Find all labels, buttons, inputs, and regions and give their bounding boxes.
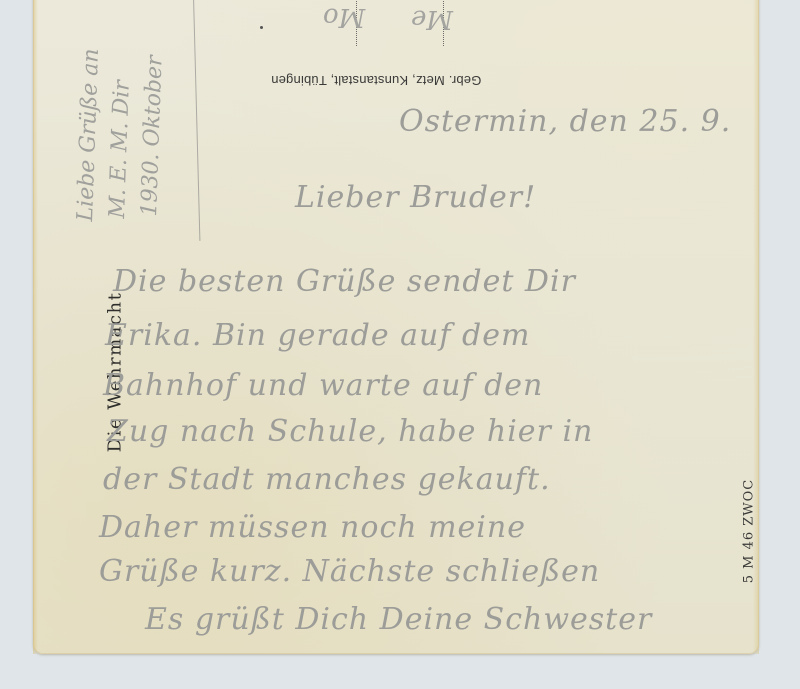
letter-body-line: Es grüßt Dich Deine Schwester <box>145 602 652 637</box>
letter-body-line: Die besten Grüße sendet Dir <box>113 264 576 299</box>
top-fragment-text: Me <box>411 4 453 34</box>
margin-divider-line <box>193 0 200 241</box>
letter-body-line: der Stadt manches gekauft. <box>103 462 551 497</box>
publisher-imprint: Gebr. Metz, Kunstanstalt, Tübingen <box>271 73 481 88</box>
letter-body-line: Erika. Bin gerade auf dem <box>105 318 530 353</box>
ink-dot <box>260 26 263 29</box>
date-line: Ostermin, den 25. 9. <box>399 104 731 139</box>
margin-note-line: 1930. Oktober <box>137 55 168 217</box>
postcard: Mo Me Gebr. Metz, Kunstanstalt, Tübingen… <box>33 0 759 654</box>
letter-body-line: Grüße kurz. Nächste schließen <box>99 554 600 589</box>
letter-body-line: Daher müssen noch meine <box>99 510 526 545</box>
print-code: 5 M 46 ZWOC <box>742 479 757 584</box>
margin-note-line: Liebe Grüße an <box>73 48 104 222</box>
letter-body-line: Zug nach Schule, habe hier in <box>107 414 593 449</box>
top-fragment-text: Mo <box>323 2 365 32</box>
salutation: Lieber Bruder! <box>295 180 536 215</box>
letter-body-line: Bahnhof und warte auf den <box>103 368 543 403</box>
margin-note-line: M. E. M. Dir <box>105 80 135 219</box>
